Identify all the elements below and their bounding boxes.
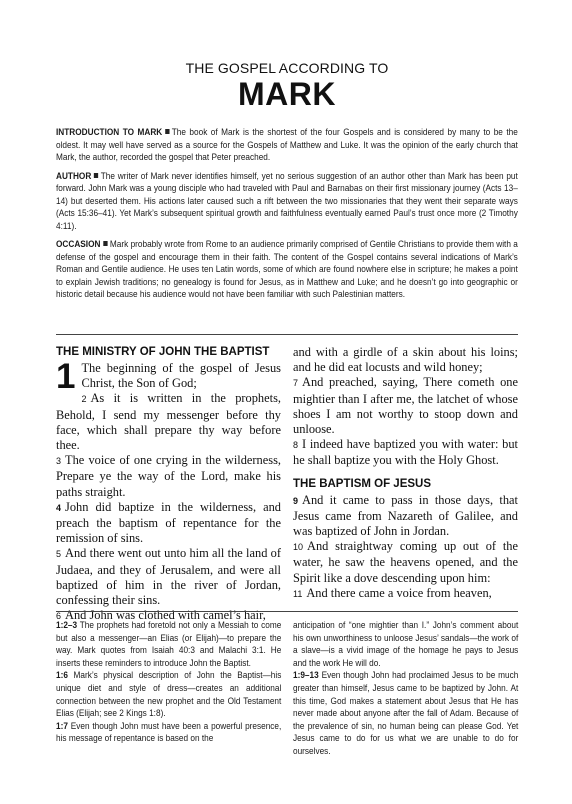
note-reference: 1:7 xyxy=(56,721,68,732)
verse-text: And it came to pass in those days, that … xyxy=(293,493,518,538)
verse-number: 4 xyxy=(56,503,61,513)
note-reference: 1:6 xyxy=(56,670,68,681)
author-label: AUTHOR xyxy=(56,171,91,182)
introduction-section: INTRODUCTION TO MARKThe book of Mark is … xyxy=(56,127,518,308)
study-note: 1:7 Even though John must have been a po… xyxy=(56,721,281,746)
section-heading: THE MINISTRY OF JOHN THE BAPTIST xyxy=(56,345,281,359)
intro-paragraph: INTRODUCTION TO MARKThe book of Mark is … xyxy=(56,127,518,165)
verse-text: And there went out unto him all the land… xyxy=(56,546,281,607)
section-heading: THE BAPTISM OF JESUS xyxy=(293,477,518,491)
notes-left-column: 1:2–3 The prophets had foretold not only… xyxy=(56,620,281,759)
verse-text: The beginning of the gospel of Jesus Chr… xyxy=(81,361,281,390)
verse-text: And there came a voice from heaven, xyxy=(306,586,491,600)
occasion-paragraph: OCCASIONMark probably wrote from Rome to… xyxy=(56,239,518,302)
verse: 7And preached, saying, There cometh one … xyxy=(293,375,518,437)
verse-number: 5 xyxy=(56,549,61,559)
scripture-columns: THE MINISTRY OF JOHN THE BAPTIST 1The be… xyxy=(56,345,518,624)
note-reference: 1:9–13 xyxy=(293,670,319,681)
book-title: MARK xyxy=(56,76,518,113)
verse-continuation: and with a girdle of a skin about his lo… xyxy=(293,345,518,375)
scripture-right-column: and with a girdle of a skin about his lo… xyxy=(293,345,518,624)
verse-text: And straightway coming up out of the wat… xyxy=(293,539,518,584)
verse: 3The voice of one crying in the wilderne… xyxy=(56,453,281,500)
verse-text: John did baptize in the wilderness, and … xyxy=(56,500,281,545)
verse-number: 3 xyxy=(56,456,61,466)
verse-number: 8 xyxy=(293,440,298,450)
study-notes: 1:2–3 The prophets had foretold not only… xyxy=(56,620,518,759)
verse: 1The beginning of the gospel of Jesus Ch… xyxy=(56,361,281,391)
study-note: 1:2–3 The prophets had foretold not only… xyxy=(56,620,281,670)
note-text: The prophets had foretold not only a Mes… xyxy=(56,620,281,669)
study-note: 1:6 Mark’s physical description of John … xyxy=(56,670,281,720)
divider-bottom xyxy=(56,611,518,612)
occasion-text: Mark probably wrote from Rome to an audi… xyxy=(56,239,518,300)
note-text: Even though John had proclaimed Jesus to… xyxy=(293,670,518,757)
verse: 5And there went out unto him all the lan… xyxy=(56,546,281,608)
verse-number: 10 xyxy=(293,542,303,552)
square-bullet-icon xyxy=(165,129,169,134)
verse-number: 7 xyxy=(293,378,298,388)
occasion-label: OCCASION xyxy=(56,239,100,250)
verse-number: 2 xyxy=(81,394,86,404)
verse: 11And there came a voice from heaven, xyxy=(293,586,518,602)
verse: 10And straightway coming up out of the w… xyxy=(293,539,518,586)
notes-right-column: anticipation of “one mightier than I.” J… xyxy=(293,620,518,759)
note-text: Mark’s physical description of John the … xyxy=(56,670,281,719)
chapter-number: 1 xyxy=(56,362,75,392)
author-text: The writer of Mark never identifies hims… xyxy=(56,171,518,232)
book-kicker: THE GOSPEL ACCORDING TO xyxy=(56,60,518,76)
verse-text: And preached, saying, There cometh one m… xyxy=(293,375,518,436)
verse-number: 11 xyxy=(293,589,302,599)
scripture-left-column: THE MINISTRY OF JOHN THE BAPTIST 1The be… xyxy=(56,345,281,624)
verse: 4John did baptize in the wilderness, and… xyxy=(56,500,281,547)
verse-text: As it is written in the prophets, Behold… xyxy=(56,391,281,452)
study-note: 1:9–13 Even though John had proclaimed J… xyxy=(293,670,518,758)
verse-text: The voice of one crying in the wildernes… xyxy=(56,453,281,498)
intro-label: INTRODUCTION TO MARK xyxy=(56,127,162,138)
note-text: Even though John must have been a powerf… xyxy=(56,721,281,745)
verse: 2As it is written in the prophets, Behol… xyxy=(56,391,281,453)
square-bullet-icon xyxy=(103,241,107,246)
author-paragraph: AUTHORThe writer of Mark never identifie… xyxy=(56,171,518,234)
verse: 9And it came to pass in those days, that… xyxy=(293,493,518,540)
verse-text: I indeed have baptized you with water: b… xyxy=(293,437,518,467)
note-reference: 1:2–3 xyxy=(56,620,77,631)
study-note-continuation: anticipation of “one mightier than I.” J… xyxy=(293,620,518,670)
verse: 8I indeed have baptized you with water: … xyxy=(293,437,518,468)
square-bullet-icon xyxy=(94,173,98,178)
verse-number: 9 xyxy=(293,496,298,506)
divider-top xyxy=(56,334,518,335)
